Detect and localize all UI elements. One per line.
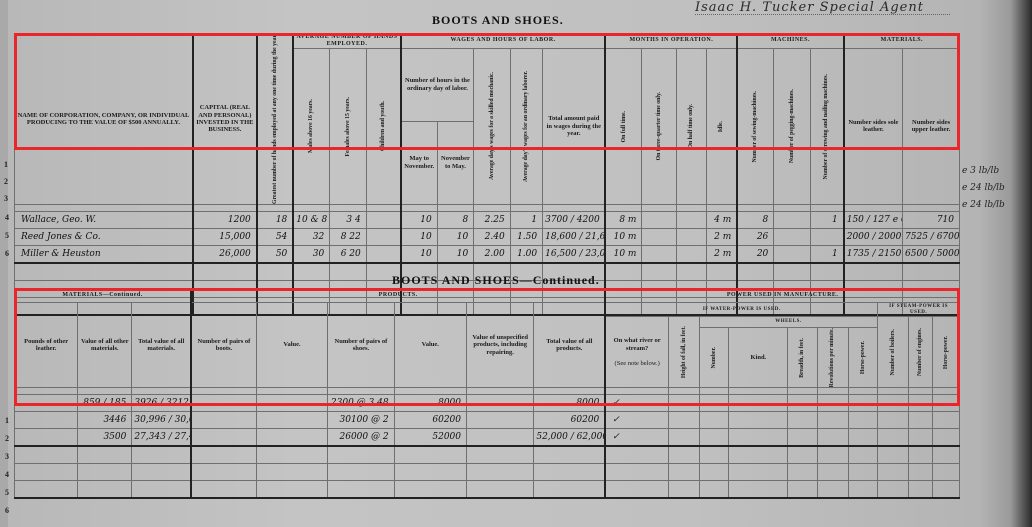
header-sewing: Number of sewing-machines. xyxy=(737,48,773,204)
table-row: Miller & Heuston 26,000 50 30 6 20 10 10… xyxy=(15,245,960,263)
females-value: 8 22 xyxy=(330,228,366,245)
header-value-other-materials: Value of all other materials. xyxy=(78,303,132,388)
table-row: 3446 30,996 / 30,000 30100 @ 2 60200 602… xyxy=(15,412,960,429)
shoes-value: 52000 xyxy=(394,429,466,447)
pegging-value xyxy=(774,211,810,228)
capital-value: 1200 xyxy=(193,211,257,228)
company-name: Miller & Heuston xyxy=(15,245,193,263)
row-number: 5 xyxy=(5,488,9,497)
idle-value: 2 m xyxy=(707,228,737,245)
half-time-value xyxy=(676,245,706,263)
page-edge-shadow xyxy=(978,0,1032,527)
wage-skilled-value: 2.25 xyxy=(474,211,510,228)
greatest-hands-value: 50 xyxy=(257,245,293,263)
value-other-value: 3500 xyxy=(78,429,132,447)
total-products-value: 60200 xyxy=(534,412,605,429)
bottom-ledger-table: MATERIALS—Continued. PRODUCTS. POWER USE… xyxy=(14,288,960,499)
greatest-hands-value: 54 xyxy=(257,228,293,245)
boots-value xyxy=(256,395,327,412)
header-three-quarter: On three-quarter time only. xyxy=(642,48,676,204)
pairs-shoes-value: 26000 @ 2 xyxy=(328,429,394,447)
full-time-value: 8 m xyxy=(605,211,641,228)
wage-skilled-value: 2.40 xyxy=(474,228,510,245)
row-number: 4 xyxy=(5,213,9,222)
capital-value: 15,000 xyxy=(193,228,257,245)
header-screwing: Number of screwing and nailing machines. xyxy=(810,48,843,204)
boots-value xyxy=(256,429,327,447)
table-row: 859 / 185 3926 / 3212 2300 @ 3.48 8000 8… xyxy=(15,395,960,412)
total-materials-value: 27,343 / 27,400 xyxy=(132,429,191,447)
total-materials-value: 3926 / 3212 xyxy=(132,395,191,412)
top-section-title: BOOTS AND SHOES. xyxy=(432,13,564,28)
header-capital: CAPITAL (REAL AND PERSONAL) INVESTED IN … xyxy=(193,34,257,205)
header-wheel-number: Number. xyxy=(699,328,729,388)
pounds-other-value xyxy=(15,395,78,412)
sole-leather-value: 2000 / 2000 e 6.25 xyxy=(844,228,903,245)
unspecified-value xyxy=(467,429,534,447)
header-unspecified: Value of unspecified products, including… xyxy=(467,303,534,388)
header-wage-ordinary: Average day's wages for an ordinary labo… xyxy=(510,48,542,204)
upper-leather-value: 6500 / 5000 xyxy=(903,245,960,263)
table-row xyxy=(15,464,960,481)
females-value: 6 20 xyxy=(330,245,366,263)
header-idle: Idle. xyxy=(707,48,737,204)
group-machines: MACHINES. xyxy=(737,34,843,49)
group-water-power: IF WATER-POWER IS USED. xyxy=(605,303,877,317)
group-months-operation: MONTHS IN OPERATION. xyxy=(605,34,737,49)
greatest-hands-value: 18 xyxy=(257,211,293,228)
header-total-products: Total value of all products. xyxy=(534,303,605,388)
children-value xyxy=(366,245,400,263)
group-steam-power: IF STEAM-POWER IS USED. xyxy=(878,303,960,317)
sewing-value: 20 xyxy=(737,245,773,263)
header-name: NAME OF CORPORATION, COMPANY, OR INDIVID… xyxy=(15,34,193,205)
total-materials-value: 30,996 / 30,000 xyxy=(132,412,191,429)
idle-value: 4 m xyxy=(707,211,737,228)
table-row: 3500 27,343 / 27,400 26000 @ 2 52000 52,… xyxy=(15,429,960,447)
header-engines: Number of engines. xyxy=(908,317,932,388)
idle-value: 2 m xyxy=(707,245,737,263)
pounds-other-value xyxy=(15,429,78,447)
header-total-wages: Total amount paid in wages during the ye… xyxy=(543,48,606,204)
row-number: 3 xyxy=(5,452,9,461)
total-wages-value: 18,600 / 21,600 xyxy=(543,228,606,245)
header-greatest-hands: Greatest number of hands employed at any… xyxy=(257,34,293,205)
pairs-boots-value xyxy=(191,395,256,412)
full-time-value: 10 m xyxy=(605,228,641,245)
boots-value xyxy=(256,412,327,429)
header-upper-leather: Number sides upper leather. xyxy=(903,48,960,204)
header-half-time: On half time only. xyxy=(676,48,706,204)
margin-note: e 3 lb/lb xyxy=(962,166,999,176)
hours-may-nov-value: 10 xyxy=(401,228,437,245)
wage-ordinary-value: 1.00 xyxy=(510,245,542,263)
group-wages-hours: WAGES AND HOURS OF LABOR. xyxy=(401,34,606,49)
header-boilers: Number of boilers. xyxy=(878,317,909,388)
header-pairs-boots: Number of pairs of boots. xyxy=(191,303,256,388)
wage-ordinary-value: 1.50 xyxy=(510,228,542,245)
upper-leather-value: 7525 / 6700 xyxy=(903,228,960,245)
row-number: 2 xyxy=(5,434,9,443)
group-products: PRODUCTS. xyxy=(191,289,605,303)
capital-value: 26,000 xyxy=(193,245,257,263)
header-shoes-value: Value. xyxy=(394,303,466,388)
header-water-hp: Horse-power. xyxy=(848,328,878,388)
pegging-value xyxy=(774,228,810,245)
sewing-value: 26 xyxy=(737,228,773,245)
total-products-value: 52,000 / 62,000 xyxy=(534,429,605,447)
special-agent-signature: Isaac H. Tucker Special Agent xyxy=(695,0,950,15)
half-time-value xyxy=(676,211,706,228)
shoes-value: 60200 xyxy=(394,412,466,429)
row-number: 1 xyxy=(5,416,9,425)
total-products-value: 8000 xyxy=(534,395,605,412)
check-mark-icon: ✓ xyxy=(605,412,668,429)
table-row: Reed Jones & Co. 15,000 54 32 8 22 10 10… xyxy=(15,228,960,245)
row-number: 5 xyxy=(5,231,9,240)
group-wheels: WHEELS. xyxy=(699,317,878,328)
sole-leather-value: 1735 / 2150 e 6.25 xyxy=(844,245,903,263)
upper-leather-value: 710 xyxy=(903,211,960,228)
hours-nov-may-value: 10 xyxy=(437,228,473,245)
header-steam-hp: Horse-power. xyxy=(933,317,960,388)
header-wage-skilled: Average day's wages for a skilled mechan… xyxy=(474,48,510,204)
hours-may-nov-value: 10 xyxy=(401,245,437,263)
table-row: Wallace, Geo. W. 1200 18 10 & 8 3 4 10 8… xyxy=(15,211,960,228)
bottom-section-title: BOOTS AND SHOES—Continued. xyxy=(392,273,600,288)
group-materials: MATERIALS. xyxy=(844,34,960,49)
unspecified-value xyxy=(467,412,534,429)
row-number: 6 xyxy=(5,249,9,258)
header-females: Females above 15 years. xyxy=(330,48,366,204)
pegging-value xyxy=(774,245,810,263)
hours-nov-may-value: 8 xyxy=(437,211,473,228)
subgroup-hours: Number of hours in the ordinary day of l… xyxy=(401,48,474,121)
total-wages-value: 3700 / 4200 xyxy=(543,211,606,228)
females-value: 3 4 xyxy=(330,211,366,228)
margin-note: e 24 lb/lb xyxy=(962,200,1005,210)
header-full-time: On full time. xyxy=(605,48,641,204)
header-height-fall: Height of fall, in feet. xyxy=(669,317,700,388)
screwing-value: 1 xyxy=(810,211,843,228)
hours-may-nov-value: 10 xyxy=(401,211,437,228)
row-number: 4 xyxy=(5,470,9,479)
three-quarter-value xyxy=(642,228,676,245)
pairs-boots-value xyxy=(191,412,256,429)
total-wages-value: 16,500 / 23,000 xyxy=(543,245,606,263)
company-name: Reed Jones & Co. xyxy=(15,228,193,245)
half-time-value xyxy=(676,228,706,245)
table-row xyxy=(15,446,960,464)
header-revolutions: Revolutions per minute. xyxy=(818,328,849,388)
wage-skilled-value: 2.00 xyxy=(474,245,510,263)
check-mark-icon: ✓ xyxy=(605,395,668,412)
pairs-shoes-value: 2300 @ 3.48 xyxy=(328,395,394,412)
pairs-boots-value xyxy=(191,429,256,447)
header-pairs-shoes: Number of pairs of shoes. xyxy=(328,303,394,388)
children-value xyxy=(366,228,400,245)
header-pounds-other-leather: Pounds of other leather. xyxy=(15,303,78,388)
pairs-shoes-value: 30100 @ 2 xyxy=(328,412,394,429)
males-value: 10 & 8 xyxy=(293,211,329,228)
row-number: 2 xyxy=(4,177,8,186)
check-mark-icon: ✓ xyxy=(605,429,668,447)
children-value xyxy=(366,211,400,228)
group-hands-employed: AVERAGE NUMBER OF HANDS EMPLOYED. xyxy=(293,34,400,49)
group-power: POWER USED IN MANUFACTURE. xyxy=(605,289,959,303)
group-materials-continued: MATERIALS—Continued. xyxy=(15,289,192,303)
header-sole-leather: Number sides sole leather. xyxy=(844,48,903,204)
hours-nov-may-value: 10 xyxy=(437,245,473,263)
header-breadth: Breadth, in feet. xyxy=(788,328,818,388)
wage-ordinary-value: 1 xyxy=(510,211,542,228)
screwing-value xyxy=(810,228,843,245)
full-time-value: 10 m xyxy=(605,245,641,263)
value-other-value: 859 / 185 xyxy=(78,395,132,412)
row-number: 1 xyxy=(4,160,8,169)
row-number: 6 xyxy=(5,506,9,515)
males-value: 30 xyxy=(293,245,329,263)
margin-note: e 24 lb/lb xyxy=(962,183,1005,193)
shoes-value: 8000 xyxy=(394,395,466,412)
males-value: 32 xyxy=(293,228,329,245)
sewing-value: 8 xyxy=(737,211,773,228)
unspecified-value xyxy=(467,395,534,412)
screwing-value: 1 xyxy=(810,245,843,263)
row-number: 3 xyxy=(4,194,8,203)
header-pegging: Number of pegging-machines. xyxy=(774,48,810,204)
pounds-other-value xyxy=(15,412,78,429)
three-quarter-value xyxy=(642,211,676,228)
table-row xyxy=(15,481,960,499)
header-river: On what river or stream?(See note below.… xyxy=(605,317,668,388)
header-children: Children and youth. xyxy=(366,48,400,204)
company-name: Wallace, Geo. W. xyxy=(15,211,193,228)
header-males: Males above 16 years. xyxy=(293,48,329,204)
header-wheel-kind: Kind. xyxy=(729,328,788,388)
three-quarter-value xyxy=(642,245,676,263)
header-nov-may: November to May. xyxy=(437,121,473,204)
header-boots-value: Value. xyxy=(256,303,327,388)
value-other-value: 3446 xyxy=(78,412,132,429)
sole-leather-value: 150 / 127 e 6.25 xyxy=(844,211,903,228)
header-total-materials: Total value of all materials. xyxy=(132,303,191,388)
header-may-nov: May to November. xyxy=(401,121,437,204)
